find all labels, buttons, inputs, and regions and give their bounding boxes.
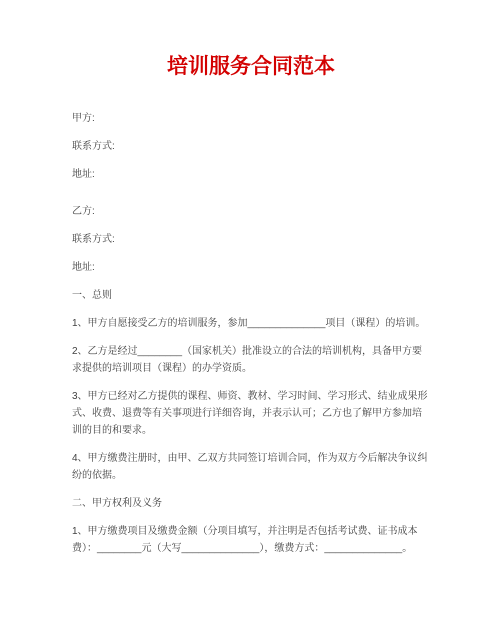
section-1-clause-3: 3、甲方已经对乙方提供的课程、师资、教材、学习时间、学习形式、结业成果形式、收费… (72, 388, 430, 439)
section-1-clause-4: 4、甲方缴费注册时，由甲、乙双方共同签订培训合同，作为双方今后解决争议纠纷的依据… (72, 450, 430, 484)
section-1-heading: 一、总则 (72, 287, 430, 304)
section-general-principles: 一、总则 1、甲方自愿接受乙方的培训服务，参加______________项目（… (72, 287, 430, 484)
party-a-block: 甲方: 联系方式: 地址: (72, 110, 430, 183)
document-title: 培训服务合同范本 (72, 52, 430, 82)
section-2-heading: 二、甲方权利及义务 (72, 495, 430, 512)
party-b-contact-label: 联系方式: (72, 231, 430, 248)
party-b-block: 乙方: 联系方式: 地址: (72, 203, 430, 276)
party-a-address-label: 地址: (72, 166, 430, 183)
section-1-clause-2: 2、乙方是经过________（国家机关）批准设立的合法的培训机构，具备甲方要求… (72, 343, 430, 377)
section-2-clause-1: 1、甲方缴费项目及缴费金额（分项目填写，并注明是否包括考试费、证书成本费）：__… (72, 523, 430, 557)
party-b-address-label: 地址: (72, 259, 430, 276)
party-b-name-label: 乙方: (72, 203, 430, 220)
contract-page: 培训服务合同范本 甲方: 联系方式: 地址: 乙方: 联系方式: 地址: 一、总… (0, 0, 500, 634)
party-a-name-label: 甲方: (72, 110, 430, 127)
section-party-a-rights-obligations: 二、甲方权利及义务 1、甲方缴费项目及缴费金额（分项目填写，并注明是否包括考试费… (72, 495, 430, 557)
party-a-contact-label: 联系方式: (72, 138, 430, 155)
section-1-clause-1: 1、甲方自愿接受乙方的培训服务，参加______________项目（课程）的培… (72, 315, 430, 332)
